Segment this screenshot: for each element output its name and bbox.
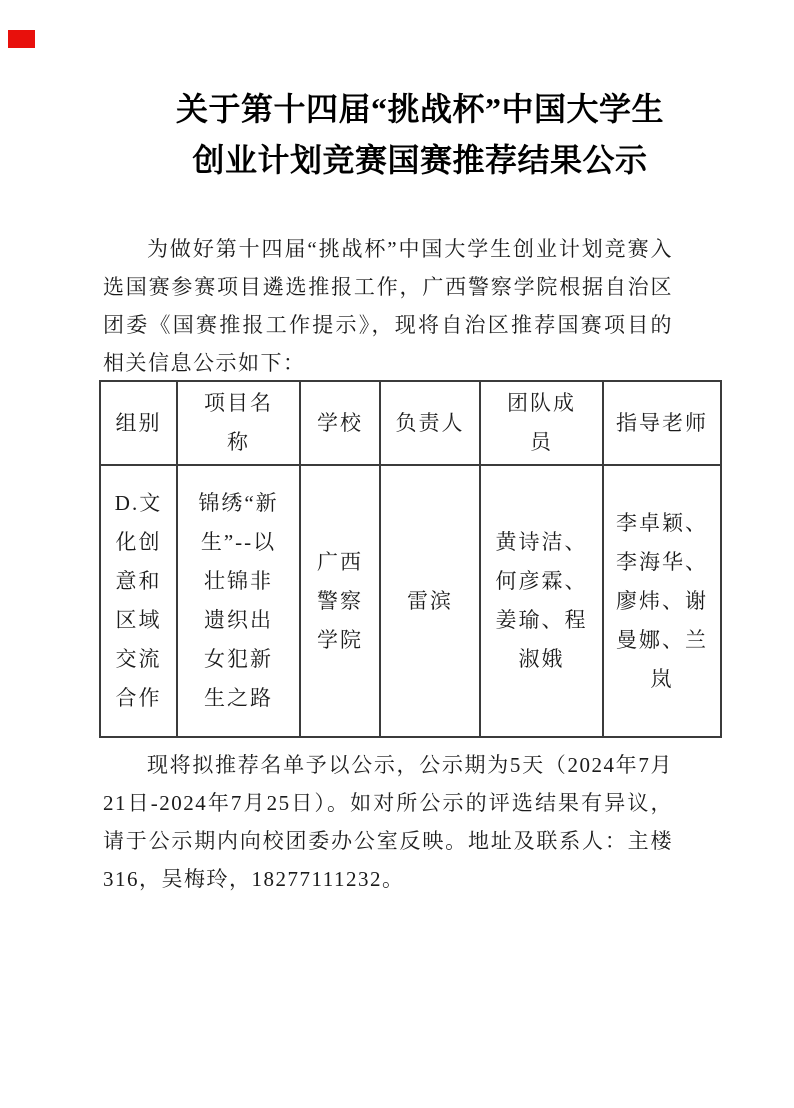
cell-leader: 雷滨: [380, 465, 480, 737]
column-header-advisors: 指导老师: [603, 381, 721, 465]
title-line-2: 创业计划竞赛国赛推荐结果公示: [135, 135, 705, 186]
title-line-1: 关于第十四届“挑战杯”中国大学生: [135, 84, 705, 135]
recommendation-table: 组别 项目名 称 学校 负责人 团队成 员 指导老师 D.文化创意和区域交流合作…: [99, 380, 722, 738]
column-header-school: 学校: [300, 381, 380, 465]
document-title: 关于第十四届“挑战杯”中国大学生 创业计划竞赛国赛推荐结果公示: [135, 0, 705, 186]
cell-advisors: 李卓颖、李海华、廖炜、谢曼娜、兰岚: [603, 465, 721, 737]
cell-school: 广西警察学院: [300, 465, 380, 737]
red-stamp-mark: [8, 30, 35, 48]
intro-paragraph: 为做好第十四届“挑战杯”中国大学生创业计划竞赛入选国赛参赛项目遴选推报工作，广西…: [103, 230, 673, 382]
document-page: 关于第十四届“挑战杯”中国大学生 创业计划竞赛国赛推荐结果公示 为做好第十四届“…: [0, 0, 794, 1108]
column-header-members: 团队成 员: [480, 381, 603, 465]
table-header-row: 组别 项目名 称 学校 负责人 团队成 员 指导老师: [100, 381, 721, 465]
closing-paragraph: 现将拟推荐名单予以公示，公示期为5天（2024年7月21日-2024年7月25日…: [103, 746, 673, 898]
table-row: D.文化创意和区域交流合作 锦绣“新生”--以壮锦非遗织出女犯新生之路 广西警察…: [100, 465, 721, 737]
column-header-project: 项目名 称: [177, 381, 300, 465]
column-header-group: 组别: [100, 381, 177, 465]
cell-team-members: 黄诗洁、何彦霖、姜瑜、程淑娥: [480, 465, 603, 737]
cell-group: D.文化创意和区域交流合作: [100, 465, 177, 737]
cell-project-name: 锦绣“新生”--以壮锦非遗织出女犯新生之路: [177, 465, 300, 737]
column-header-leader: 负责人: [380, 381, 480, 465]
